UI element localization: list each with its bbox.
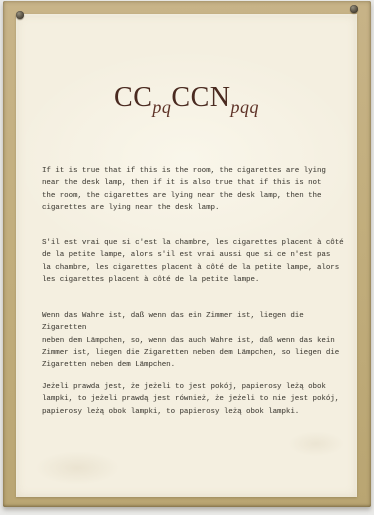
title-subscript: pq <box>152 97 171 118</box>
backing-board: CCpqCCNpqq If it is true that if this is… <box>3 1 371 507</box>
push-pin-left-icon <box>16 11 24 19</box>
logic-notation-title: CCpqCCNpqq <box>16 82 357 114</box>
title-subscript: pqq <box>230 97 259 118</box>
push-pin-right-icon <box>350 5 358 13</box>
paragraph-french: S'il est vrai que si c'est la chambre, l… <box>42 237 351 286</box>
paragraph-german: Wenn das Wahre ist, daß wenn das ein Zim… <box>42 310 351 371</box>
title-segment: CCN <box>171 82 230 113</box>
paragraph-english: If it is true that if this is the room, … <box>42 165 351 214</box>
typewritten-sheet: CCpqCCNpqq If it is true that if this is… <box>16 14 357 497</box>
paragraph-polish: Jeżeli prawda jest, że jeżeli to jest po… <box>42 381 351 418</box>
title-segment: CC <box>114 82 152 113</box>
